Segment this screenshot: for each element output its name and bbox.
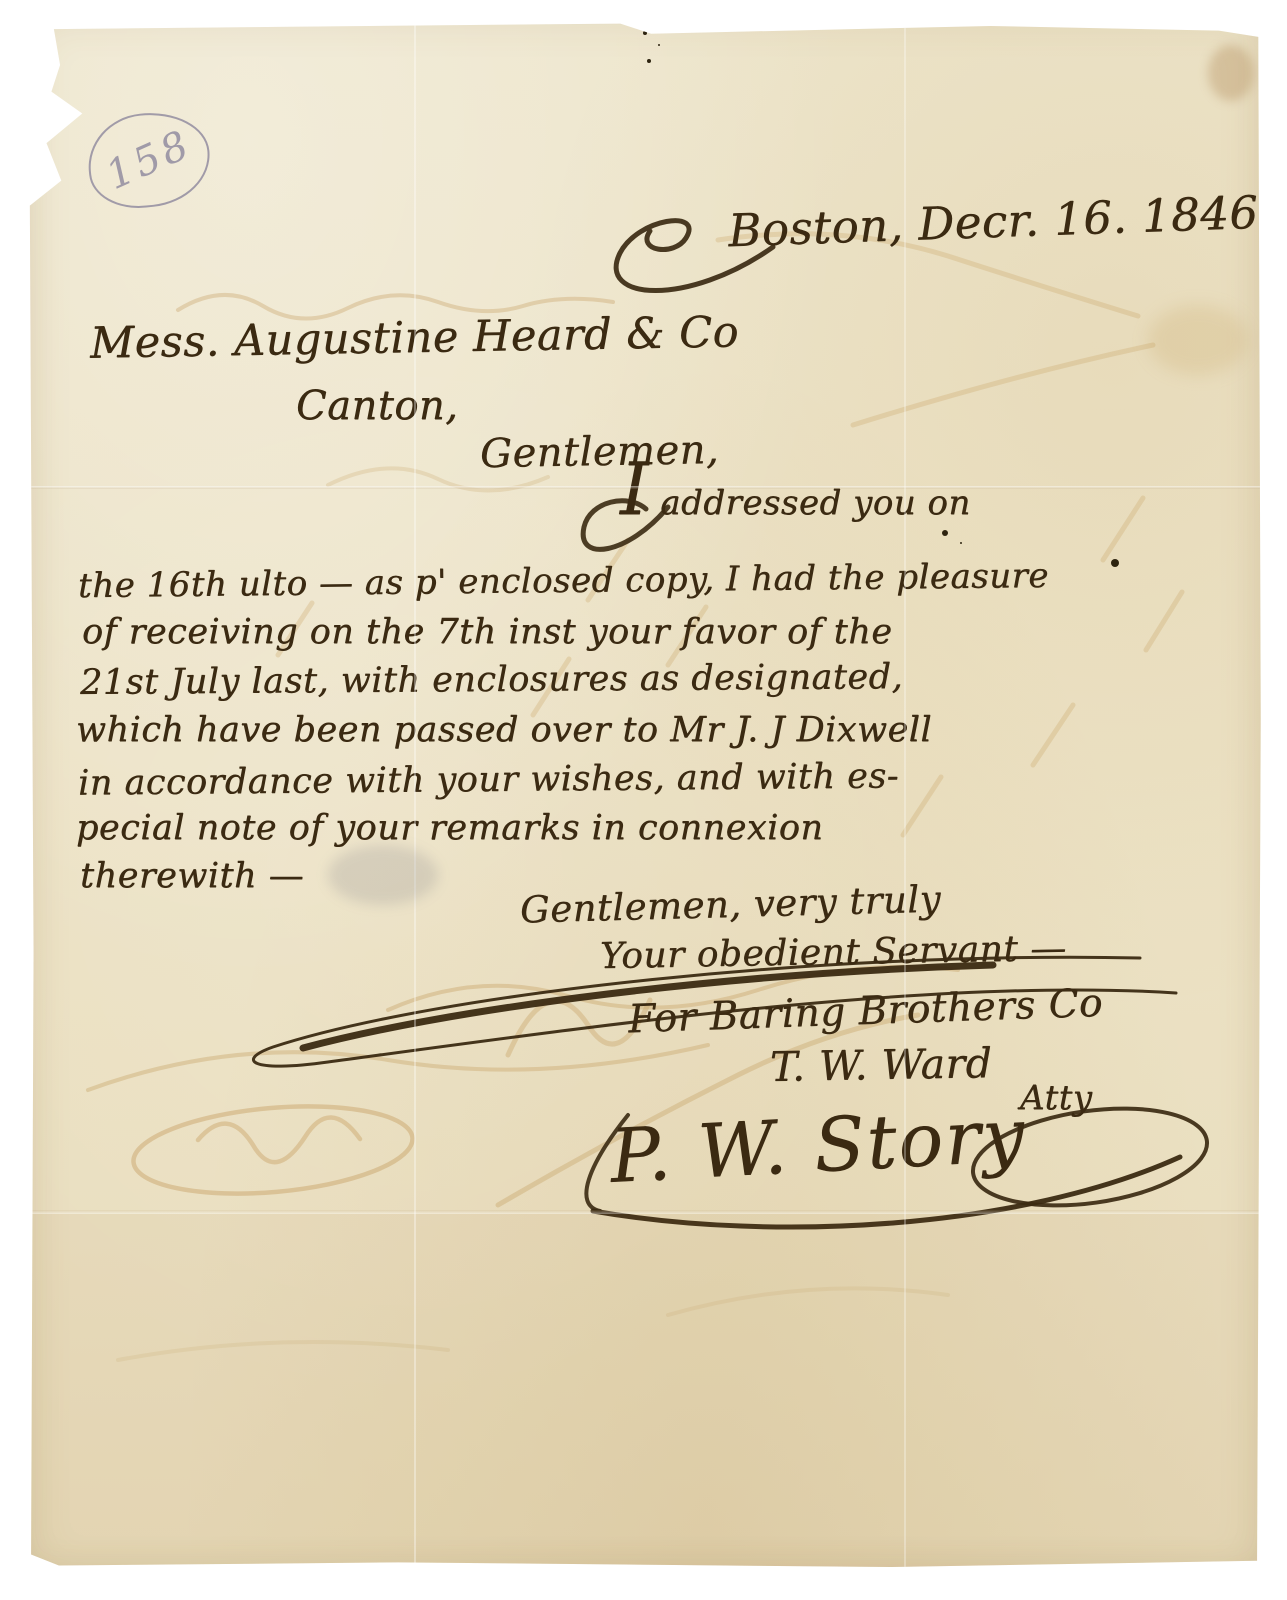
bottom-fold-panel-shade	[28, 1214, 1262, 1578]
body-line: in accordance with your wishes, and with…	[78, 756, 899, 803]
ink-specks	[643, 31, 647, 35]
archival-number-circle: 158	[83, 107, 214, 213]
body-line: the 16th ulto — as p' enclosed copy, I h…	[78, 556, 1049, 606]
recipient-place: Canton,	[296, 383, 458, 429]
dateline: Boston, Decr. 16. 1846	[727, 186, 1259, 257]
body-line: which have been passed over to Mr J. J D…	[76, 710, 932, 750]
closing-line: Gentlemen, very truly	[520, 877, 942, 931]
tan-stain	[1148, 305, 1248, 375]
signature-name: T. W. Ward	[770, 1039, 993, 1091]
recipient-name: Mess. Augustine Heard & Co	[90, 307, 740, 368]
body-line: of receiving on the 7th inst your favor …	[82, 612, 892, 652]
letter-paper: 158 Boston, Decr. 16. 1846 Mess. Augusti…	[28, 15, 1262, 1578]
body-line: therewith —	[80, 856, 304, 896]
signature-title: Atty	[1020, 1078, 1093, 1118]
closing-line: Your obedient Servant —	[600, 928, 1067, 977]
archival-number: 158	[99, 121, 198, 199]
signature-firm: For Baring Brothers Co	[627, 981, 1103, 1043]
corner-foxing-stain	[1208, 45, 1254, 101]
body-line: 21st July last, with enclosures as desig…	[80, 657, 903, 703]
scan-background: 158 Boston, Decr. 16. 1846 Mess. Augusti…	[0, 0, 1287, 1600]
body-line: pecial note of your remarks in connexion	[76, 808, 823, 848]
signature: P. W. Story	[608, 1092, 1028, 1200]
gray-smudge-stain	[328, 845, 438, 905]
horizontal-fold-crease	[28, 1210, 1262, 1214]
body-line: I addressed you on	[620, 483, 971, 523]
salutation: Gentlemen,	[480, 427, 720, 477]
